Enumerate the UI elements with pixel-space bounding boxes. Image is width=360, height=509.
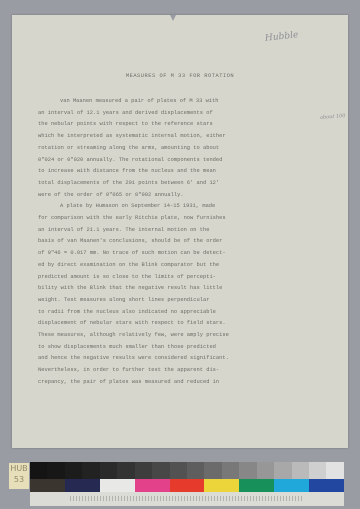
gray-patch <box>222 462 239 479</box>
text-line: Nevertheless, in order to further test t… <box>38 365 333 377</box>
text-line: van Maanen measured a pair of plates of … <box>38 96 333 108</box>
text-line: were of the order of 0"065 or 0"002 annu… <box>38 190 333 202</box>
text-line: predicted amount is so close to the limi… <box>38 272 333 284</box>
archive-label: HUB 53 <box>9 463 29 489</box>
gray-patch <box>170 462 187 479</box>
gray-patch <box>100 462 117 479</box>
color-patch <box>274 479 309 492</box>
ruler-ticks <box>70 496 304 501</box>
color-patch <box>309 479 344 492</box>
text-line: which he interpreted as systematic inter… <box>38 131 333 143</box>
text-line: basis of van Maanen's conclusions, shoul… <box>38 236 333 248</box>
text-line: A plate by Humason on September 14-15 19… <box>38 201 333 213</box>
text-line: crepancy, the pair of plates was measure… <box>38 377 333 389</box>
typed-document-page: Hubble about 100 MEASURES OF M 33 FOR RO… <box>12 15 348 448</box>
color-patch <box>239 479 274 492</box>
gray-patch <box>257 462 274 479</box>
text-line: displacement of nebular stars with respe… <box>38 318 333 330</box>
color-patches <box>30 479 344 492</box>
gray-patch <box>187 462 204 479</box>
text-line: bility with the Blink that the negative … <box>38 283 333 295</box>
gray-patch <box>82 462 99 479</box>
gray-patch <box>135 462 152 479</box>
gray-patch <box>30 462 47 479</box>
gray-patch <box>117 462 134 479</box>
text-line: to show displacements much smaller than … <box>38 342 333 354</box>
color-patch <box>100 479 135 492</box>
text-line: weight. Test measures along short lines … <box>38 295 333 307</box>
gray-patch <box>152 462 169 479</box>
page-notch <box>170 15 176 21</box>
grayscale-patches <box>30 462 344 479</box>
text-line: of 0"46 = 0.017 mm. No trace of such mot… <box>38 248 333 260</box>
text-line: ed by direct examination on the Blink co… <box>38 260 333 272</box>
color-patch <box>135 479 170 492</box>
gray-patch <box>274 462 291 479</box>
text-line: These measures, although relatively few,… <box>38 330 333 342</box>
color-patch <box>170 479 205 492</box>
document-body: van Maanen measured a pair of plates of … <box>38 96 333 389</box>
text-line: for comparison with the early Ritchie pl… <box>38 213 333 225</box>
text-line: and hence the negative results were cons… <box>38 353 333 365</box>
measurement-ruler <box>30 492 344 506</box>
gray-patch <box>292 462 309 479</box>
text-line: to increase with distance from the nucle… <box>38 166 333 178</box>
gray-patch <box>47 462 64 479</box>
archive-label-line2: 53 <box>9 474 29 485</box>
gray-patch <box>309 462 326 479</box>
color-patch <box>204 479 239 492</box>
text-line: an interval of 12.1 years and derived di… <box>38 108 333 120</box>
text-line: the nebular points with respect to the r… <box>38 119 333 131</box>
color-calibration-target <box>30 462 344 506</box>
text-line: an interval of 21.1 years. The internal … <box>38 225 333 237</box>
color-patch <box>65 479 100 492</box>
archive-label-line1: HUB <box>9 463 29 474</box>
gray-patch <box>204 462 221 479</box>
gray-patch <box>65 462 82 479</box>
text-line: rotation or streaming along the arms, am… <box>38 143 333 155</box>
text-line: to radii from the nucleus also indicated… <box>38 307 333 319</box>
gray-patch <box>239 462 256 479</box>
text-line: 0"024 or 0"020 annually. The rotational … <box>38 155 333 167</box>
color-patch <box>30 479 65 492</box>
document-title: MEASURES OF M 33 FOR ROTATION <box>12 73 348 79</box>
handwritten-annotation-top: Hubble <box>265 30 299 43</box>
text-line: total displacements of the 201 points be… <box>38 178 333 190</box>
gray-patch <box>326 462 343 479</box>
